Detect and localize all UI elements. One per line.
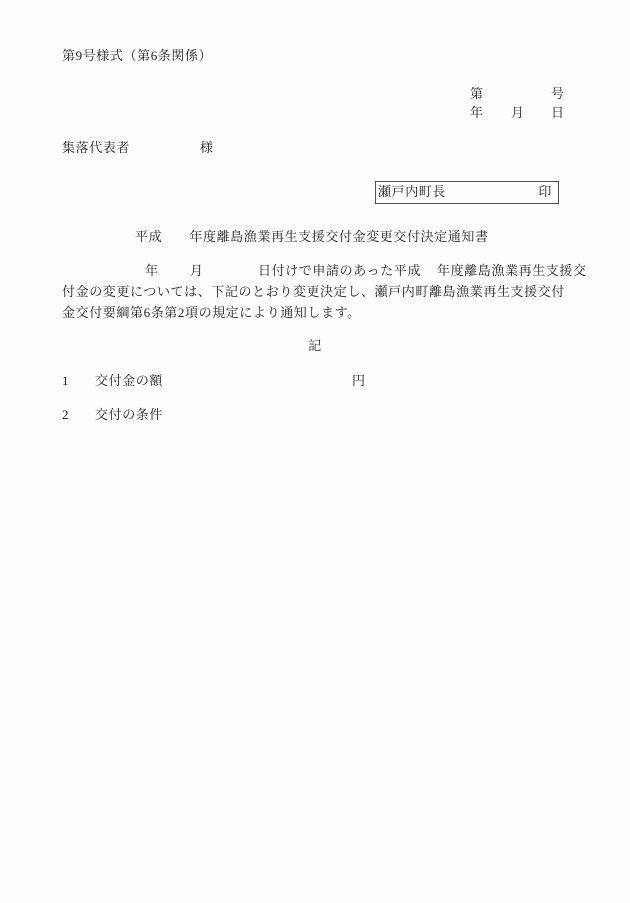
body-line1-text: 日付けで申請のあった平成	[258, 263, 421, 279]
date-year-label: 年	[470, 105, 484, 121]
item-1-label: 交付金の額	[95, 373, 163, 389]
body-line1-continuation: 年度離島漁業再生支援交	[437, 263, 587, 279]
record-heading: 記	[0, 338, 630, 354]
document-title: 平成 年度離島漁業再生支援交付金変更交付決定通知書	[135, 229, 489, 245]
body-line3: 金交付要綱第6条第2項の規定により通知します。	[62, 305, 361, 321]
issuer-name: 瀬戸内町長	[378, 184, 446, 200]
item-1-number: 1	[62, 373, 69, 389]
body-line1-year: 年	[145, 263, 159, 279]
issuer-seal-box: 瀬戸内町長 印	[375, 181, 559, 204]
body-line1-month: 月	[190, 263, 204, 279]
doc-number-suffix: 号	[551, 86, 565, 102]
item-1-unit: 円	[352, 373, 366, 389]
addressee-name: 集落代表者	[62, 140, 130, 156]
doc-number-prefix: 第	[470, 86, 484, 102]
date-day-label: 日	[551, 105, 565, 121]
document-page: 第9号様式（第6条関係） 第 号 年 月 日 集落代表者 様 瀬戸内町長 印 平…	[0, 0, 630, 903]
body-line2: 付金の変更については、下記のとおり変更決定し、瀬戸内町離島漁業再生支援交付	[62, 284, 565, 300]
item-2-label: 交付の条件	[95, 407, 163, 423]
form-style-number: 第9号様式（第6条関係）	[62, 48, 212, 64]
addressee-honorific: 様	[200, 140, 214, 156]
item-2-number: 2	[62, 407, 69, 423]
date-month-label: 月	[511, 105, 525, 121]
seal-mark: 印	[538, 184, 552, 200]
